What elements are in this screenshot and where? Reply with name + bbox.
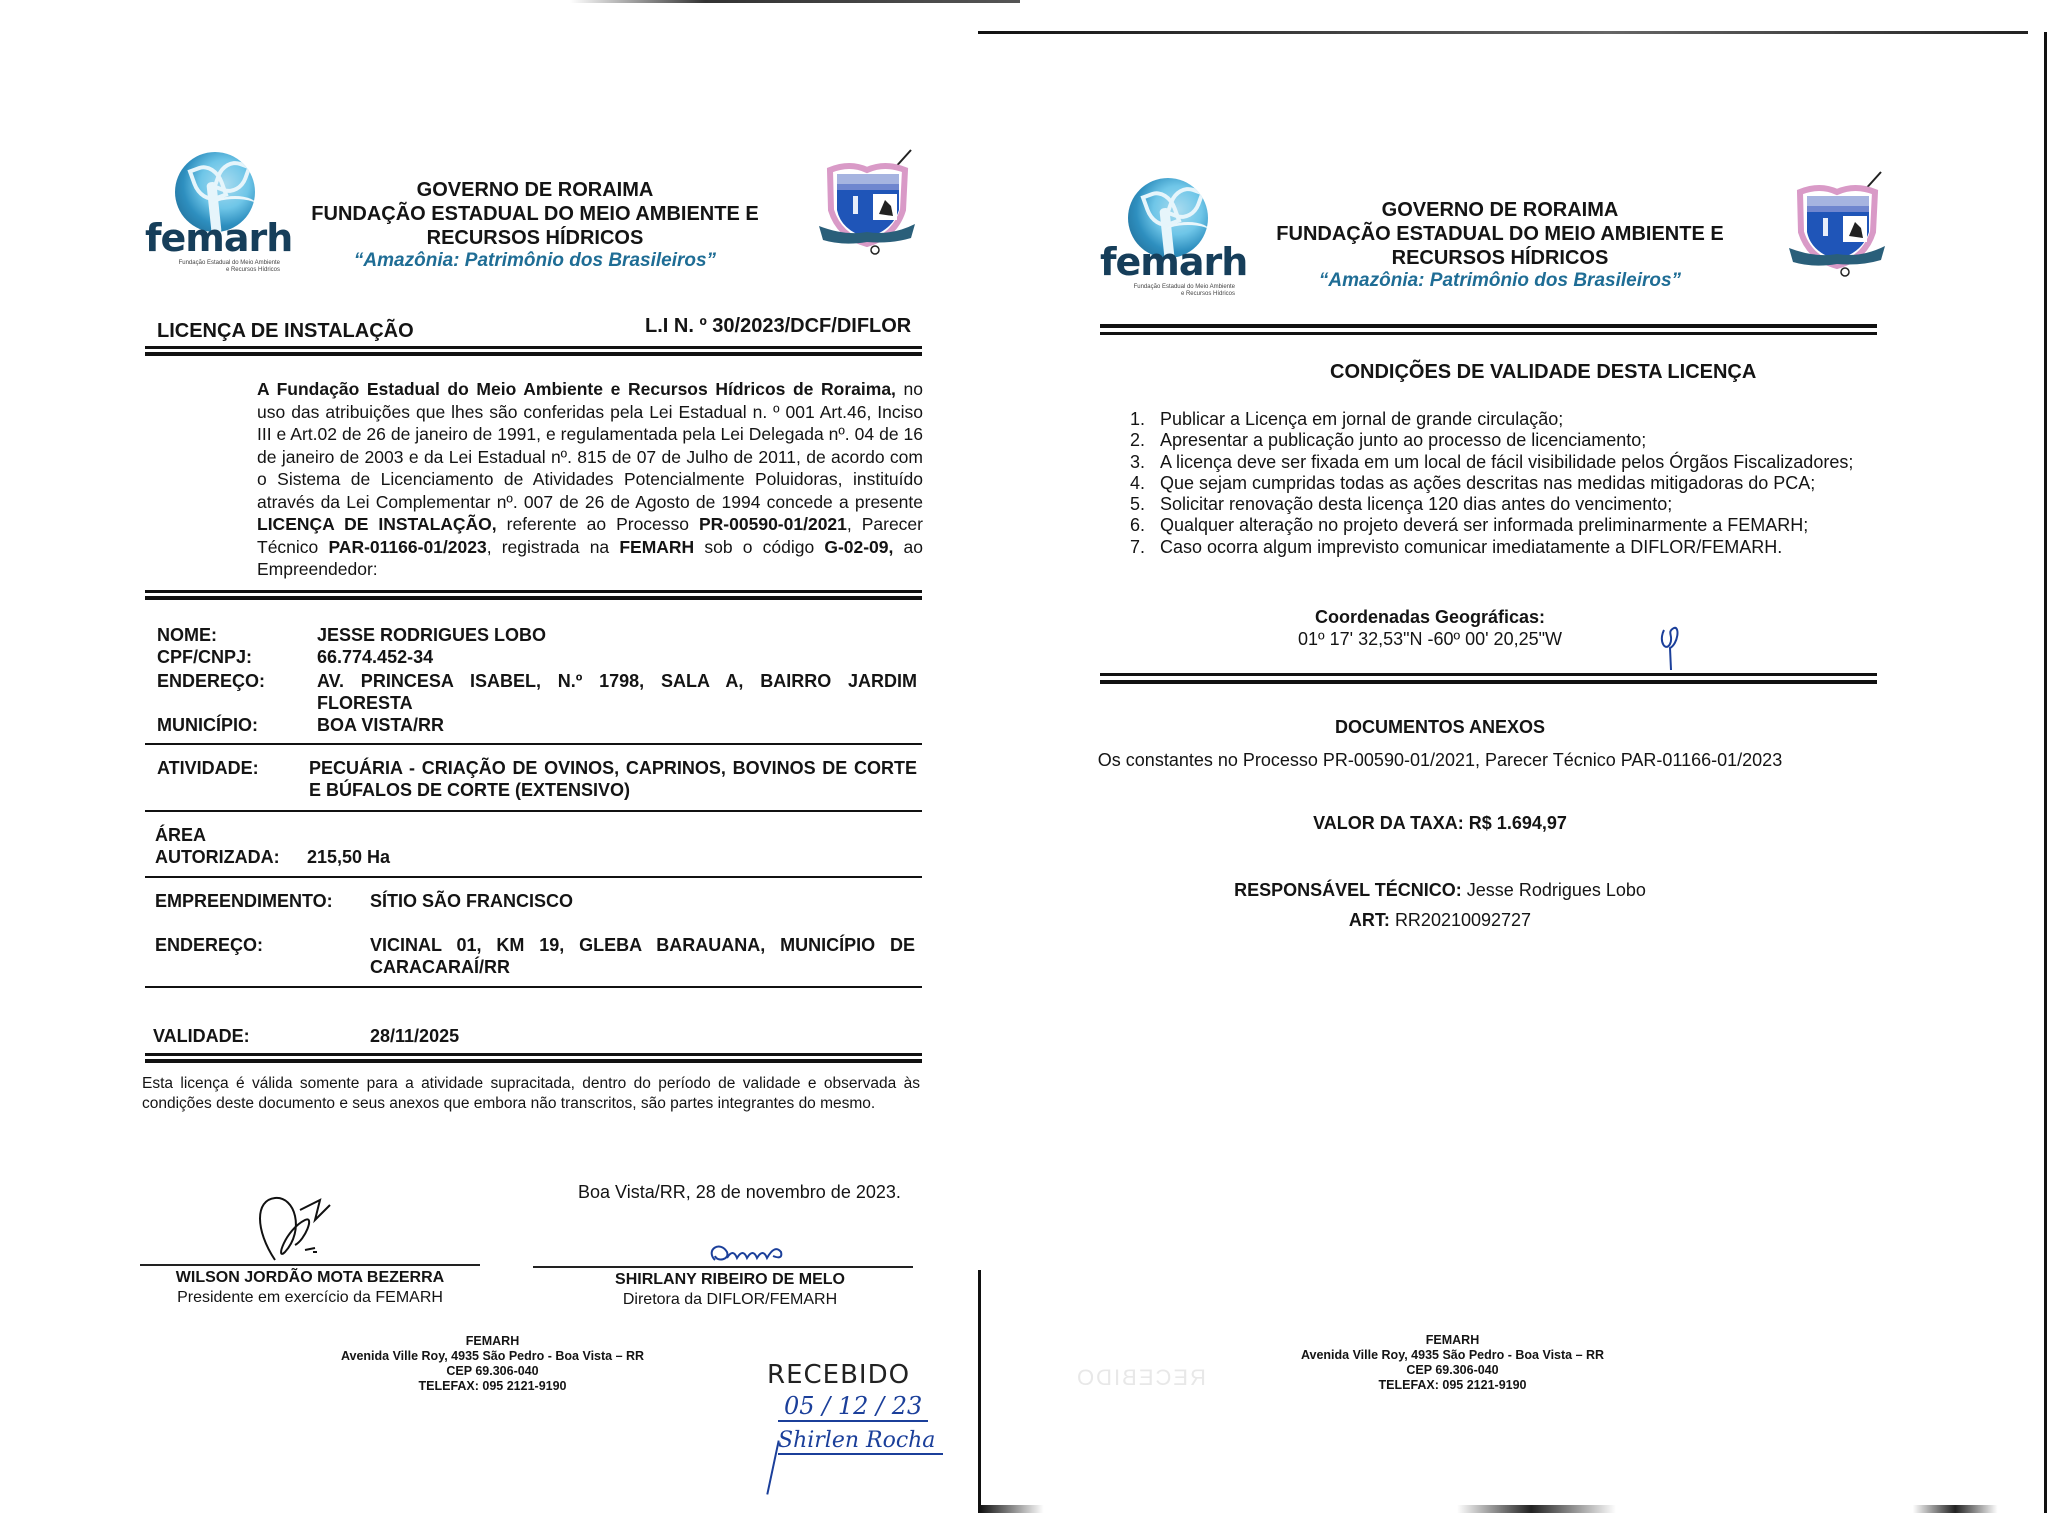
license-page-1: femarh Fundação Estadual do Meio Ambient…: [0, 0, 980, 1513]
received-signature: Shirlen Rocha: [778, 1428, 943, 1455]
femarh-logo: femarh Fundação Estadual do Meio Ambient…: [1100, 178, 1240, 303]
divider: [145, 810, 922, 812]
license-number: L.I N. º 30/2023/DCF/DIFLOR: [645, 315, 911, 338]
art-value: RR20210092727: [1395, 910, 1531, 930]
logo-subtitle: Fundação Estadual do Meio Ambiente e Rec…: [1100, 284, 1235, 298]
scan-edge: [2044, 32, 2047, 1513]
fee-label: VALOR DA TAXA:: [1313, 813, 1464, 833]
stamp-bleedthrough: RECEBIDO: [1075, 1365, 1206, 1391]
enterprise-value: SÍTIO SÃO FRANCISCO: [370, 890, 573, 912]
condition-item: 5.Solicitar renovação desta licença 120 …: [1130, 494, 1853, 515]
divider: [145, 1059, 922, 1063]
received-stamp: RECEBIDO: [767, 1360, 910, 1390]
signature-scribble-1: [245, 1190, 345, 1270]
divider: [1100, 324, 1877, 328]
page-footer: FEMARH Avenida Ville Roy, 4935 São Pedro…: [1260, 1333, 1645, 1393]
license-page-2: femarh Fundação Estadual do Meio Ambient…: [980, 0, 2048, 1513]
divider: [145, 590, 922, 593]
entrepreneur-address: AV. PRINCESA ISABEL, N.º 1798, SALA A, B…: [317, 670, 917, 714]
logo-wordmark: femarh: [145, 216, 292, 260]
scan-edge: [570, 0, 1020, 3]
art-label: ART:: [1349, 910, 1390, 930]
page-footer: FEMARH Avenida Ville Roy, 4935 São Pedro…: [300, 1334, 685, 1394]
coordinates-value: 01º 17' 32,53"N -60º 00' 20,25"W: [1210, 628, 1650, 650]
technician-row: RESPONSÁVEL TÉCNICO: Jesse Rodrigues Lob…: [1120, 880, 1760, 901]
fee-value: R$ 1.694,97: [1469, 813, 1567, 833]
divider: [145, 743, 922, 745]
foundation-name: FUNDAÇÃO ESTADUAL DO MEIO AMBIENTE E: [305, 202, 765, 226]
divider: [145, 986, 922, 988]
initials-mark: [1656, 622, 1686, 672]
header-text: GOVERNO DE RORAIMA FUNDAÇÃO ESTADUAL DO …: [305, 178, 765, 272]
enterprise-address-row: ENDEREÇO: VICINAL 01, KM 19, GLEBA BARAU…: [155, 934, 920, 978]
area-value: 215,50 Ha: [307, 846, 390, 868]
condition-item: 2.Apresentar a publicação junto ao proce…: [1130, 430, 1853, 451]
femarh-logo: femarh Fundação Estadual do Meio Ambient…: [145, 152, 285, 277]
activity-row: ATIVIDADE: PECUÁRIA - CRIAÇÃO DE OVINOS,…: [157, 757, 922, 801]
fee-row: VALOR DA TAXA: R$ 1.694,97: [1180, 813, 1700, 834]
conditions-list: 1.Publicar a Licença em jornal de grande…: [1130, 409, 1853, 558]
foundation-name-cont: RECURSOS HÍDRICOS: [1250, 246, 1750, 270]
signature-line: [140, 1264, 480, 1266]
signatory-role: Presidente em exercício da FEMARH: [140, 1288, 480, 1307]
logo-wordmark: femarh: [1100, 240, 1247, 284]
divider: [1100, 680, 1877, 684]
divider: [145, 352, 922, 356]
scan-edge: [978, 31, 2028, 34]
area-row: ÁREA AUTORIZADA: 215,50 Ha: [155, 824, 920, 868]
stamp-pen-stroke: [766, 1440, 779, 1494]
divider: [145, 876, 922, 878]
art-row: ART: RR20210092727: [1180, 910, 1700, 931]
roraima-coat-of-arms-icon: [1785, 170, 1890, 280]
coordinates-label: Coordenadas Geográficas:: [1210, 606, 1650, 628]
divider: [1100, 332, 1877, 335]
validity-note: Esta licença é válida somente para a ati…: [142, 1074, 920, 1114]
condition-item: 4.Que sejam cumpridas todas as ações des…: [1130, 473, 1853, 494]
entrepreneur-name: JESSE RODRIGUES LOBO: [317, 624, 546, 646]
motto: “Amazônia: Patrimônio dos Brasileiros”: [305, 250, 765, 272]
conditions-title: CONDIÇÕES DE VALIDADE DESTA LICENÇA: [1330, 361, 1756, 384]
motto: “Amazônia: Patrimônio dos Brasileiros”: [1250, 270, 1750, 292]
license-title: LICENÇA DE INSTALAÇÃO: [157, 320, 414, 343]
foundation-name-cont: RECURSOS HÍDRICOS: [305, 226, 765, 250]
government-name: GOVERNO DE RORAIMA: [305, 178, 765, 202]
place-and-date: Boa Vista/RR, 28 de novembro de 2023.: [578, 1182, 901, 1203]
entrepreneur-address-row: ENDEREÇO: AV. PRINCESA ISABEL, N.º 1798,…: [157, 670, 922, 714]
divider: [145, 346, 922, 349]
annexes-title: DOCUMENTOS ANEXOS: [1160, 717, 1720, 738]
license-intro-paragraph: A Fundação Estadual do Meio Ambiente e R…: [257, 378, 923, 581]
annexes-text: Os constantes no Processo PR-00590-01/20…: [1060, 750, 1820, 771]
divider: [1100, 673, 1877, 676]
signatory-name: SHIRLANY RIBEIRO DE MELO: [540, 1270, 920, 1289]
coordinates-block: Coordenadas Geográficas: 01º 17' 32,53"N…: [1210, 606, 1650, 650]
enterprise-address: VICINAL 01, KM 19, GLEBA BARAUANA, MUNIC…: [370, 934, 915, 978]
government-name: GOVERNO DE RORAIMA: [1250, 198, 1750, 222]
technician-label: RESPONSÁVEL TÉCNICO:: [1234, 880, 1462, 900]
validity-value: 28/11/2025: [370, 1025, 459, 1047]
condition-item: 7.Caso ocorra algum imprevisto comunicar…: [1130, 537, 1853, 558]
entrepreneur-city: BOA VISTA/RR: [317, 714, 444, 736]
signatory-name: WILSON JORDÃO MOTA BEZERRA: [140, 1268, 480, 1287]
condition-item: 3.A licença deve ser fixada em um local …: [1130, 452, 1853, 473]
signature-line: [533, 1266, 913, 1268]
divider: [145, 1053, 922, 1056]
logo-subtitle: Fundação Estadual do Meio Ambiente e Rec…: [145, 260, 280, 274]
divider: [145, 596, 922, 600]
received-date: 05 / 12 / 23: [778, 1392, 928, 1422]
condition-item: 1.Publicar a Licença em jornal de grande…: [1130, 409, 1853, 430]
technician-name: Jesse Rodrigues Lobo: [1467, 880, 1646, 900]
signatory-role: Diretora da DIFLOR/FEMARH: [540, 1290, 920, 1309]
scan-edge: [980, 1505, 2040, 1513]
entrepreneur-document: 66.774.452-34: [317, 646, 433, 668]
activity-value: PECUÁRIA - CRIAÇÃO DE OVINOS, CAPRINOS, …: [309, 757, 917, 801]
foundation-name: FUNDAÇÃO ESTADUAL DO MEIO AMBIENTE E: [1250, 222, 1750, 246]
condition-item: 6.Qualquer alteração no projeto deverá s…: [1130, 515, 1853, 536]
roraima-coat-of-arms-icon: [815, 148, 920, 258]
header-text: GOVERNO DE RORAIMA FUNDAÇÃO ESTADUAL DO …: [1250, 198, 1750, 292]
scan-edge: [978, 1270, 981, 1513]
